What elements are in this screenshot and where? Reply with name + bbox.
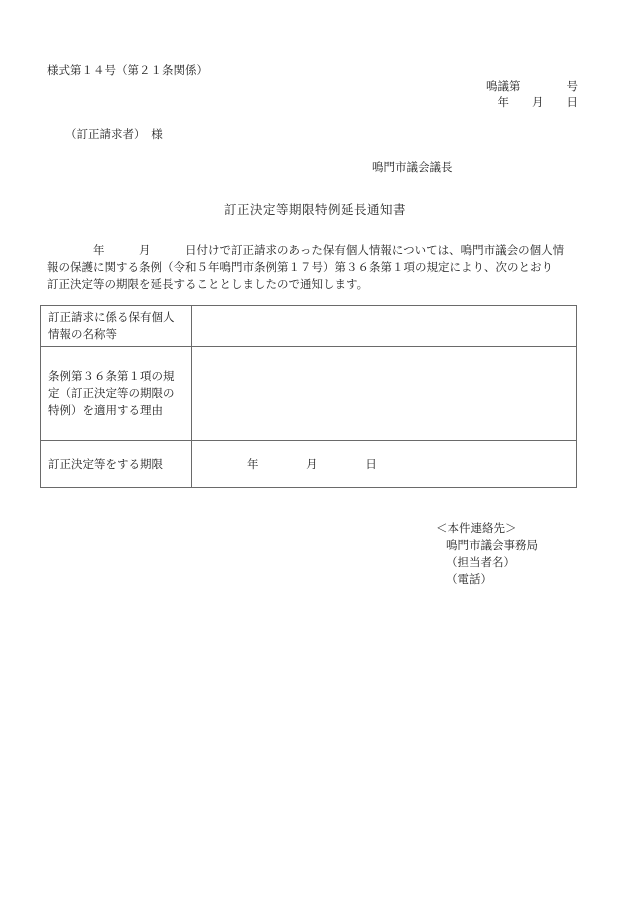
table-row: 訂正決定等をする期限 年 月 日 — [41, 441, 577, 488]
row-value-deadline: 年 月 日 — [192, 441, 577, 488]
document-date: 年 月 日 — [498, 97, 579, 109]
document-number: 鳴議第 号 — [486, 81, 578, 93]
contact-person: （担当者名） — [436, 554, 538, 571]
row-label-deadline: 訂正決定等をする期限 — [41, 441, 192, 488]
contact-block: ＜本件連絡先＞ 鳴門市議会事務局 （担当者名） （電話） — [436, 520, 538, 588]
body-line: 報の保護に関する条例（令和５年鳴門市条例第１７号）第３６条第１項の規定により、次… — [47, 259, 582, 276]
table-row: 条例第３６条第１項の規 定（訂正決定等の期限の 特例）を適用する理由 — [41, 347, 577, 441]
contact-heading: ＜本件連絡先＞ — [436, 520, 538, 537]
recipient: （訂正請求者） 様 — [65, 129, 163, 141]
body-line: 訂正決定等の期限を延長することとしましたので通知します。 — [47, 276, 582, 293]
sender: 鳴門市議会議長 — [372, 162, 453, 174]
info-table: 訂正請求に係る保有個人 情報の名称等 条例第３６条第１項の規 定（訂正決定等の期… — [40, 305, 577, 488]
row-label-reason: 条例第３６条第１項の規 定（訂正決定等の期限の 特例）を適用する理由 — [41, 347, 192, 441]
deadline-year: 年 — [247, 456, 259, 473]
row-value-reason — [192, 347, 577, 441]
document-title: 訂正決定等期限特例延長通知書 — [0, 204, 630, 217]
contact-phone: （電話） — [436, 571, 538, 588]
contact-office: 鳴門市議会事務局 — [436, 537, 538, 554]
body-paragraph: 年 月 日付けで訂正請求のあった保有個人情報については、鳴門市議会の個人情 報の… — [47, 242, 582, 293]
form-label: 様式第１４号（第２１条関係） — [47, 65, 208, 77]
row-label-info-name: 訂正請求に係る保有個人 情報の名称等 — [41, 306, 192, 347]
row-value-info-name — [192, 306, 577, 347]
body-line: 年 月 日付けで訂正請求のあった保有個人情報については、鳴門市議会の個人情 — [47, 242, 582, 259]
table-row: 訂正請求に係る保有個人 情報の名称等 — [41, 306, 577, 347]
deadline-month: 月 — [306, 456, 318, 473]
deadline-day: 日 — [365, 456, 377, 473]
